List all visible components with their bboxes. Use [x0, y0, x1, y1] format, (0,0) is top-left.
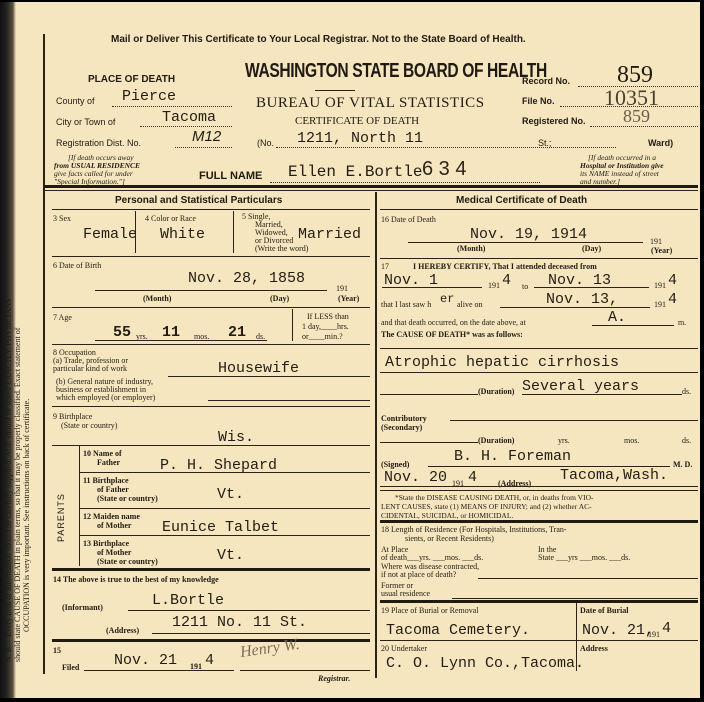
contrib-duration-line-pre	[380, 442, 478, 443]
dod-label: 16 Date of Death	[381, 215, 436, 224]
informant-address-label: (Address)	[106, 626, 139, 635]
county-value: Pierce	[122, 88, 176, 105]
last-year-prefix: 191	[654, 300, 666, 309]
cause-footnote: *State the DISEASE CAUSING DEATH, or, in…	[381, 493, 594, 520]
contracted-line	[478, 578, 698, 579]
city-label: City or Town of	[56, 117, 115, 127]
mother-birthplace-label: 13 Birthplace of Mother (State or countr…	[83, 539, 158, 566]
filing-number: 15	[53, 646, 61, 655]
informant-statement: 14 The above is true to the best of my k…	[53, 575, 219, 584]
undertaker-value: C. O. Lynn Co.,Tacoma.	[386, 655, 584, 672]
county-field-line	[112, 106, 232, 107]
physician-address: Tacoma,Wash.	[560, 467, 668, 484]
time-value: A.	[608, 309, 626, 326]
file-no-label: File No.	[522, 96, 555, 106]
race-label: 4 Color or Race	[145, 214, 196, 223]
filed-year-prefix: 191	[190, 662, 202, 671]
rule	[380, 490, 698, 491]
certify-number: 17	[381, 262, 389, 271]
dod-value: Nov. 19, 1914	[470, 226, 587, 243]
rule	[380, 372, 698, 373]
birthplace-value: Wis.	[218, 429, 254, 446]
contrib-mos-label: mos.	[624, 436, 639, 445]
street-no-label: (No.	[257, 138, 274, 148]
rule	[52, 406, 370, 407]
registered-no-label: Registered No.	[522, 116, 586, 126]
residence-label: 18 Length of Residence (For Hospitals, I…	[381, 525, 567, 543]
dod-year-label: (Year)	[651, 246, 672, 255]
reg-dist-label: Registration Dist. No.	[56, 138, 141, 148]
last-saw-line	[500, 307, 650, 308]
city-value: Tacoma	[162, 109, 216, 126]
rule	[233, 211, 234, 253]
county-label: County of	[56, 96, 95, 106]
undertaker-address-label: Address	[580, 644, 608, 653]
reg-dist-field-line	[175, 147, 232, 148]
full-name-field-line	[270, 182, 540, 183]
attended-to-line	[534, 287, 649, 288]
dod-month-label: (Month)	[457, 244, 485, 253]
rule	[80, 508, 370, 509]
registered-no-value: 859	[623, 106, 650, 127]
cause-value: Atrophic hepatic cirrhosis	[385, 354, 619, 371]
side-note-line-1: N. B.—Every item of information should b…	[4, 92, 13, 692]
burial-year-prefix: 191	[648, 630, 660, 639]
dob-value: Nov. 28, 1858	[188, 270, 305, 287]
informant-line	[128, 610, 370, 611]
dob-year-prefix: 191	[336, 284, 348, 293]
city-field-line	[140, 126, 232, 127]
filed-line	[84, 670, 234, 671]
occurred-text: and that death occurred, on the date abo…	[381, 318, 526, 327]
contributory-line	[450, 420, 698, 421]
at-place-label: At Place of death___yrs. ___mos. ___ds.	[381, 546, 483, 562]
in-state-label: In the State ___yrs ___mos. ___ds.	[538, 546, 630, 562]
personal-section-title: Personal and Statistical Particulars	[115, 195, 282, 206]
mother-birthplace-value: Vt.	[217, 547, 244, 564]
father-birthplace-label: 11 Birthplace of Father (State or countr…	[83, 476, 158, 503]
duration-value: Several years	[522, 378, 639, 395]
dod-line	[408, 242, 643, 243]
former-residence-label: Former or usual residence	[381, 582, 430, 598]
rule	[380, 209, 698, 210]
dod-year-prefix: 191	[650, 237, 662, 246]
header-rule	[44, 185, 698, 188]
medical-section-title: Medical Certificate of Death	[456, 195, 587, 206]
full-name-label: FULL NAME	[199, 170, 262, 182]
rule	[380, 520, 698, 523]
rule	[52, 445, 370, 446]
rule	[380, 640, 698, 641]
rule	[380, 258, 698, 259]
side-note-line-3: OCCUPATION is very important. See instru…	[22, 92, 31, 692]
certificate-title: CERTIFICATE OF DEATH	[295, 115, 419, 127]
reg-dist-value: M12	[192, 128, 221, 145]
dob-day-label: (Day)	[270, 294, 289, 303]
mother-value: Eunice Talbet	[162, 519, 279, 536]
from-year-prefix: 191	[488, 281, 500, 290]
ward-label: Ward)	[648, 138, 673, 148]
bureau-title: BUREAU OF VITAL STATISTICS	[256, 95, 485, 112]
mail-notice: Mail or Deliver This Certificate to Your…	[111, 34, 526, 45]
st-label: St.;	[538, 138, 552, 148]
to-label: to	[522, 282, 528, 291]
time-line	[592, 325, 674, 326]
dod-day-label: (Day)	[582, 244, 601, 253]
registrar-line	[240, 670, 370, 671]
dob-year-label: (Year)	[338, 294, 359, 303]
m-label: m.	[678, 318, 686, 327]
informant-label: (Informant)	[62, 603, 103, 612]
attended-from-line	[382, 287, 482, 288]
industry-line	[208, 400, 370, 401]
contrib-duration-label: (Duration)	[478, 436, 514, 445]
last-year: 4	[668, 291, 677, 308]
burial-date: Nov. 21,	[582, 622, 654, 639]
from-year: 4	[502, 272, 511, 289]
certificate-paper: N. B.—Every item of information should b…	[0, 2, 700, 698]
less-than-label: If LESS than 1 day,____hrs. or____min.?	[302, 312, 349, 342]
burial-date-label: Date of Burial	[580, 606, 628, 615]
signed-date: Nov. 20	[384, 469, 447, 486]
occupation-value: Housewife	[218, 360, 299, 377]
age-months: 11	[162, 324, 180, 341]
side-note-line-2: should state CAUSE OF DEATH in plain ter…	[13, 92, 22, 692]
informant-value: L.Bortle	[152, 592, 224, 609]
age-line	[95, 340, 267, 341]
rule	[135, 211, 136, 253]
hospital-note: [If death occurred in a Hospital or Inst…	[580, 154, 664, 186]
filed-label: Filed	[62, 663, 79, 672]
to-year-prefix: 191	[654, 281, 666, 290]
address-line	[380, 486, 698, 487]
rule	[52, 568, 370, 571]
marital-value: Married	[298, 226, 361, 243]
duration-ds-label: ds.	[682, 387, 691, 396]
rule	[80, 535, 370, 536]
burial-place: Tacoma Cemetery.	[386, 622, 530, 639]
rule	[380, 600, 698, 603]
filed-year-suffix: 4	[205, 652, 214, 669]
md-label: M. D.	[673, 460, 692, 469]
former-residence-line	[452, 598, 698, 599]
to-year: 4	[668, 272, 677, 289]
age-days: 21	[228, 324, 246, 341]
rule	[380, 348, 698, 349]
age-years: 55	[113, 324, 131, 341]
sex-label: 3 Sex	[53, 214, 71, 223]
rule	[52, 344, 370, 345]
contracted-label: Where was disease contracted, if not at …	[381, 563, 479, 579]
away-note: [If death occurs away from USUAL RESIDEN…	[54, 154, 140, 186]
duration-label: (Duration)	[478, 387, 514, 396]
burial-year: 4	[662, 620, 671, 637]
rule	[79, 446, 80, 566]
industry-label: (b) General nature of industry, business…	[56, 378, 155, 402]
contributory-label: Contributory (Secondary)	[381, 414, 427, 432]
registrar-label: Registrar.	[318, 674, 350, 683]
duration-line-pre	[380, 394, 478, 395]
dob-month-label: (Month)	[143, 294, 171, 303]
birthplace-label: 9 Birthplace (State or country)	[53, 412, 117, 430]
parents-label: PARENTS	[56, 493, 66, 542]
header-rule-2	[44, 190, 698, 191]
informant-address-line	[152, 633, 370, 634]
signed-year: 4	[468, 469, 477, 486]
sex-value: Female	[83, 226, 137, 243]
last-saw-pronoun: er	[440, 292, 454, 306]
father-label: 10 Name of Father	[83, 449, 122, 467]
physician-name: B. H. Foreman	[454, 448, 571, 465]
record-no-label: Record No.	[522, 76, 570, 86]
cause-text: The CAUSE OF DEATH* was as follows:	[381, 330, 523, 339]
occupation-label: 8 Occupation (a) Trade, profession or pa…	[53, 349, 128, 373]
undertaker-label: 20 Undertaker	[381, 644, 427, 653]
street-address-value: 1211, North 11	[297, 130, 423, 147]
alive-on-label: alive on	[457, 300, 483, 309]
age-label: 7 Age	[53, 313, 72, 322]
contrib-yrs-label: yrs.	[558, 436, 570, 445]
side-instructions: N. B.—Every item of information should b…	[4, 92, 31, 692]
race-value: White	[160, 226, 205, 243]
rule	[52, 639, 370, 642]
signed-label: (Signed)	[381, 460, 409, 469]
full-name-value: Ellen E.Bortle	[288, 163, 422, 181]
burial-label: 19 Place of Burial or Removal	[381, 606, 479, 615]
father-birthplace-value: Vt.	[217, 486, 244, 503]
handwritten-number: 6 3 4	[422, 158, 466, 181]
certify-text: I HEREBY CERTIFY, That I attended deceas…	[413, 262, 597, 271]
rule	[52, 256, 370, 257]
filed-date: Nov. 21	[114, 652, 177, 669]
dob-line	[95, 290, 327, 291]
title-rule	[315, 90, 355, 91]
board-title: WASHINGTON STATE BOARD OF HEALTH	[245, 60, 547, 83]
rule	[292, 309, 293, 341]
dob-label: 6 Date of Birth	[53, 261, 101, 270]
informant-address-value: 1211 No. 11 St.	[172, 614, 307, 631]
rule	[52, 307, 370, 308]
duration-line	[522, 394, 682, 395]
occupation-line	[168, 376, 370, 377]
last-saw-text: that I last saw h	[381, 300, 431, 309]
last-saw-date: Nov. 13,	[546, 291, 618, 308]
mother-label: 12 Maiden name of Mother	[83, 512, 140, 530]
rule	[52, 209, 370, 210]
place-of-death-title: PLACE OF DEATH	[88, 74, 175, 85]
rule	[80, 472, 370, 473]
street-field-line	[276, 147, 616, 148]
center-divider	[375, 192, 377, 678]
contrib-ds-label: ds.	[682, 436, 691, 445]
frame-left-border	[43, 34, 45, 674]
